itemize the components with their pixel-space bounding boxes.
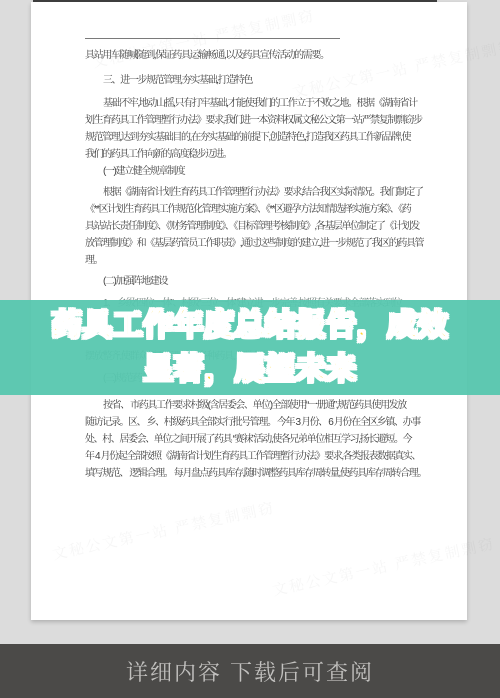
banner-title-line2: 显著，展望未来	[143, 348, 357, 392]
doc-text-line: 年 4 月份起全部按照《湖南省计划生育药具工作管理暂行办法》要求,各类报表数据真…	[85, 450, 420, 463]
doc-text-line: 基础不牢,地动山摇,只有打牢基础,才能使我们的工作立于不败之地。根据《湖南省计	[103, 97, 417, 110]
footer-caption: 详细内容 下载后可查阅	[126, 656, 374, 687]
doc-text-line: 按省、 市药具工作要求村级(含居委会、单位)全部使用“一册通”,规范药具使用发放	[103, 399, 406, 412]
doc-text-line: 《**区计划生育药具工作规范化管理实施方案》、《**区避孕方法知情选择实施方案》…	[85, 203, 410, 216]
doc-text-line: 填写规范、 逻辑合理。 每月盘点药具库存,随时调整药具库存周转量,使药具库存周转…	[85, 467, 426, 480]
footer-bar: 详细内容 下载后可查阅	[0, 644, 500, 698]
doc-text-line: 规范管理,达到夯实基础目的,在夯实基础的前提下,创造特色,打造我区药具工作新品牌…	[85, 131, 410, 144]
doc-text-line: 根据《湖南省计划生育药具工作管理暂行办法》要求,结合我区实际情况。我们制定了	[103, 186, 423, 199]
doc-text-line: 放管理制度》和《基层药管员工作职责》,通过这些制度的建立,进一步规范了我区的药具…	[85, 237, 423, 250]
doc-text-line: (二)加强阵地建设	[103, 275, 167, 288]
doc-text-line: 理。	[85, 254, 102, 267]
watermark-text: 文秘公文第一站 严禁复制剽窃	[270, 533, 497, 601]
doc-text-line: 三、进一步规范管理,夯实基础,打造特色	[103, 74, 252, 87]
doc-text-line: 划生育药具工作管理暂行办法》要求,我们进一本资料权属文秘公文第一站严禁复制剽窃步	[85, 114, 422, 127]
watermark-text: 文秘公文第一站 严禁复制剽窃	[90, 5, 317, 73]
doc-text-line: 处、村、居委会、单位之间开展了药具 “赛袜”活动,使各兄弟单位相互学习,扬长避短…	[85, 433, 411, 446]
top-border-line	[33, 0, 437, 2]
doc-text-line: 具站站长责任制度》、《财务管理制度》、《目标管理考核制度》,各基层单位制定了《计…	[85, 220, 419, 233]
doc-text-line: (一)建立健全规章制度	[103, 165, 184, 178]
doc-text-line: 随访记录。区、 乡、村级药具全部实行批号管理。 今年 3 月份、 6 月份在全区…	[85, 416, 420, 429]
title-banner: 药具工作年度总结报告，成效 显著，展望未来	[0, 300, 500, 395]
watermark-text: 文秘公文第一站 严禁复制剽窃	[50, 497, 277, 565]
watermark-text: 文秘公文第一站 严禁复制剽窃	[290, 35, 500, 103]
banner-title-line1: 药具工作年度总结报告，成效	[52, 304, 449, 348]
doc-text-line: 我们的药具工作向新的高度稳步迈进。	[85, 148, 231, 161]
document-preview: 具站用车随喊随到,保证药具运输畅通,以及药具宣传活动的需要。三、进一步规范管理,…	[0, 0, 500, 698]
